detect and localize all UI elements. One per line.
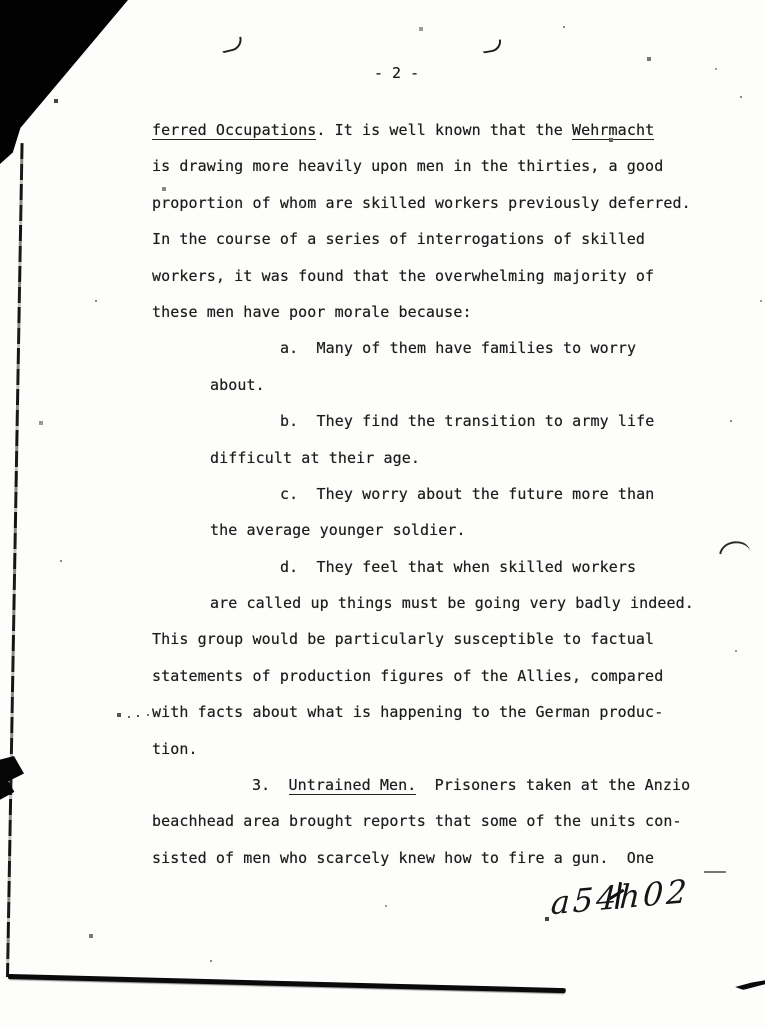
text-segment: Prisoners taken at the Anzio	[416, 776, 690, 794]
text-line: 3. Untrained Men. Prisoners taken at the…	[152, 767, 737, 803]
scanned-page: - 2 - ferred Occupations. It is well kno…	[0, 0, 765, 1028]
scan-artifact-torn-edge-line	[6, 143, 24, 977]
text-line: b. They find the transition to army life	[152, 403, 737, 439]
text-line: with facts about what is happening to th…	[152, 694, 737, 730]
text-line: these men have poor morale because:	[152, 294, 737, 330]
text-line: difficult at their age.	[152, 440, 737, 476]
scan-artifact-corner-fold	[0, 0, 128, 164]
text-body: ferred Occupations. It is well known tha…	[152, 112, 737, 876]
text-segment: sisted of men who scarcely knew how to f…	[152, 849, 654, 867]
text-line: a. Many of them have families to worry	[152, 330, 737, 366]
text-line: the average younger soldier.	[152, 512, 737, 548]
text-line: are called up things must be going very …	[152, 585, 737, 621]
scan-noise-specks	[0, 0, 2, 2]
text-line: ferred Occupations. It is well known tha…	[152, 112, 737, 148]
text-line: proportion of whom are skilled workers p…	[152, 185, 737, 221]
text-segment: This group would be particularly suscept…	[152, 630, 654, 648]
text-segment: with facts about what is happening to th…	[152, 703, 663, 721]
text-segment: 3.	[252, 776, 289, 794]
text-segment: the average younger soldier.	[210, 521, 466, 539]
text-segment: about.	[210, 376, 265, 394]
text-line: workers, it was found that the overwhelm…	[152, 258, 737, 294]
text-segment: statements of production figures of the …	[152, 667, 663, 685]
underlined-segment: Wehrmacht	[572, 121, 654, 140]
text-segment: tion.	[152, 740, 198, 758]
text-line: c. They worry about the future more than	[152, 476, 737, 512]
scan-artifact-page-bottom-edge	[8, 974, 566, 993]
text-segment: workers, it was found that the overwhelm…	[152, 267, 654, 285]
text-line: This group would be particularly suscept…	[152, 621, 737, 657]
text-segment: beachhead area brought reports that some…	[152, 812, 682, 830]
text-line: statements of production figures of the …	[152, 658, 737, 694]
scan-artifact-bottom-right-mark	[735, 980, 765, 991]
handwritten-note: a54h02	[550, 872, 691, 922]
underlined-segment: ferred Occupations	[152, 121, 316, 140]
text-segment: a. Many of them have families to worry	[280, 339, 636, 357]
page-number: - 2 -	[374, 64, 419, 82]
text-line: about.	[152, 367, 737, 403]
pen-squiggle-mark	[220, 37, 244, 54]
text-segment: In the course of a series of interrogati…	[152, 230, 645, 248]
text-line: sisted of men who scarcely knew how to f…	[152, 840, 737, 876]
text-line: tion.	[152, 731, 737, 767]
text-line: In the course of a series of interrogati…	[152, 221, 737, 257]
text-segment: b. They find the transition to army life	[280, 412, 654, 430]
text-segment: proportion of whom are skilled workers p…	[152, 194, 691, 212]
text-line: is drawing more heavily upon men in the …	[152, 148, 737, 184]
scan-artifact-small-dash	[704, 871, 726, 873]
text-segment: are called up things must be going very …	[210, 594, 694, 612]
underlined-segment: Untrained Men.	[289, 776, 417, 795]
text-line: beachhead area brought reports that some…	[152, 803, 737, 839]
text-segment: is drawing more heavily upon men in the …	[152, 157, 663, 175]
text-line: d. They feel that when skilled workers	[152, 549, 737, 585]
text-segment: d. They feel that when skilled workers	[280, 558, 636, 576]
text-segment: difficult at their age.	[210, 449, 420, 467]
text-segment: c. They worry about the future more than	[280, 485, 654, 503]
text-segment: these men have poor morale because:	[152, 303, 472, 321]
text-segment: . It is well known that the	[316, 121, 572, 139]
pen-squiggle-mark	[481, 39, 503, 53]
